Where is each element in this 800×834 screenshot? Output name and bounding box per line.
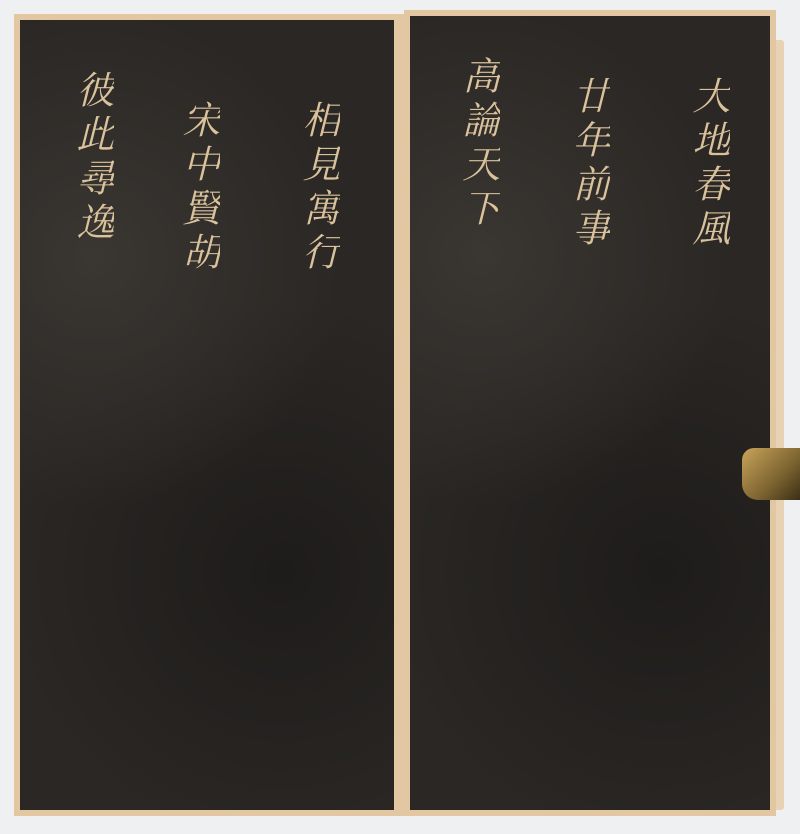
calligraphy-column: 宋中賢胡 xyxy=(170,100,226,276)
brass-clasp xyxy=(742,448,800,500)
left-page: 彼此尋逸 宋中賢胡 相見寓行 xyxy=(14,14,404,816)
right-page: 高論天下 廿年前事 大地春風 xyxy=(404,10,776,816)
calligraphy-column: 大地春風 xyxy=(680,76,736,252)
calligraphy-column: 彼此尋逸 xyxy=(64,70,120,246)
calligraphy-column: 高論天下 xyxy=(450,56,506,232)
calligraphy-column: 相見寓行 xyxy=(290,100,346,276)
calligraphy-column: 廿年前事 xyxy=(560,76,616,252)
